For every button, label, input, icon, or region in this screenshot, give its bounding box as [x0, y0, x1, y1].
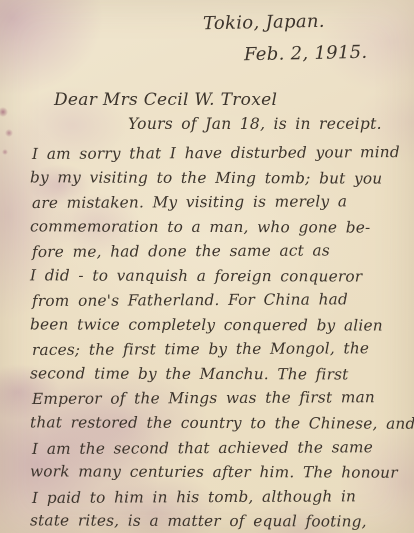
- letter-body-line: I am the second that achieved the same: [32, 435, 410, 462]
- letter-salutation: Dear Mrs Cecil W. Troxel: [54, 90, 277, 110]
- letter-body-line: I did - to vanquish a foreign conqueror: [30, 263, 408, 289]
- letter-body-line: races; the first time by the Mongol, the: [32, 336, 410, 363]
- letter-body-line: from one's Fatherland. For China had: [32, 287, 410, 314]
- letter-body-line: I am sorry that I have disturbed your mi…: [32, 140, 410, 167]
- letter-body-line: that restored the country to the Chinese…: [30, 410, 408, 436]
- letter-body-line: I paid to him in his tomb, although in: [32, 484, 410, 511]
- letter-body: I am sorry that I have disturbed your mi…: [30, 141, 408, 533]
- letter-scan: Tokio, Japan. Feb. 2, 1915. Dear Mrs Cec…: [0, 0, 414, 533]
- letter-body-line: are mistaken. My visiting is merely a: [32, 189, 410, 216]
- letter-place: Tokio, Japan.: [203, 11, 325, 35]
- letter-body-line: state rites, is a matter of equal footin…: [30, 509, 408, 533]
- letter-body-line: commemoration to a man, who gone be-: [30, 214, 408, 240]
- letter-body-line: second time by the Manchu. The first: [30, 361, 408, 387]
- letter-body-line: work many centuries after him. The honou…: [30, 459, 408, 485]
- letter-body-line: Emperor of the Mings was the first man: [32, 385, 410, 412]
- letter-body-line: been twice completely conquered by alien: [30, 312, 408, 338]
- letter-opening-line: Yours of Jan 18, is in receipt.: [128, 115, 382, 133]
- letter-body-line: fore me, had done the same act as: [32, 238, 410, 265]
- letter-date: Feb. 2, 1915.: [244, 42, 368, 66]
- letter-body-line: by my visiting to the Ming tomb; but you: [30, 165, 408, 191]
